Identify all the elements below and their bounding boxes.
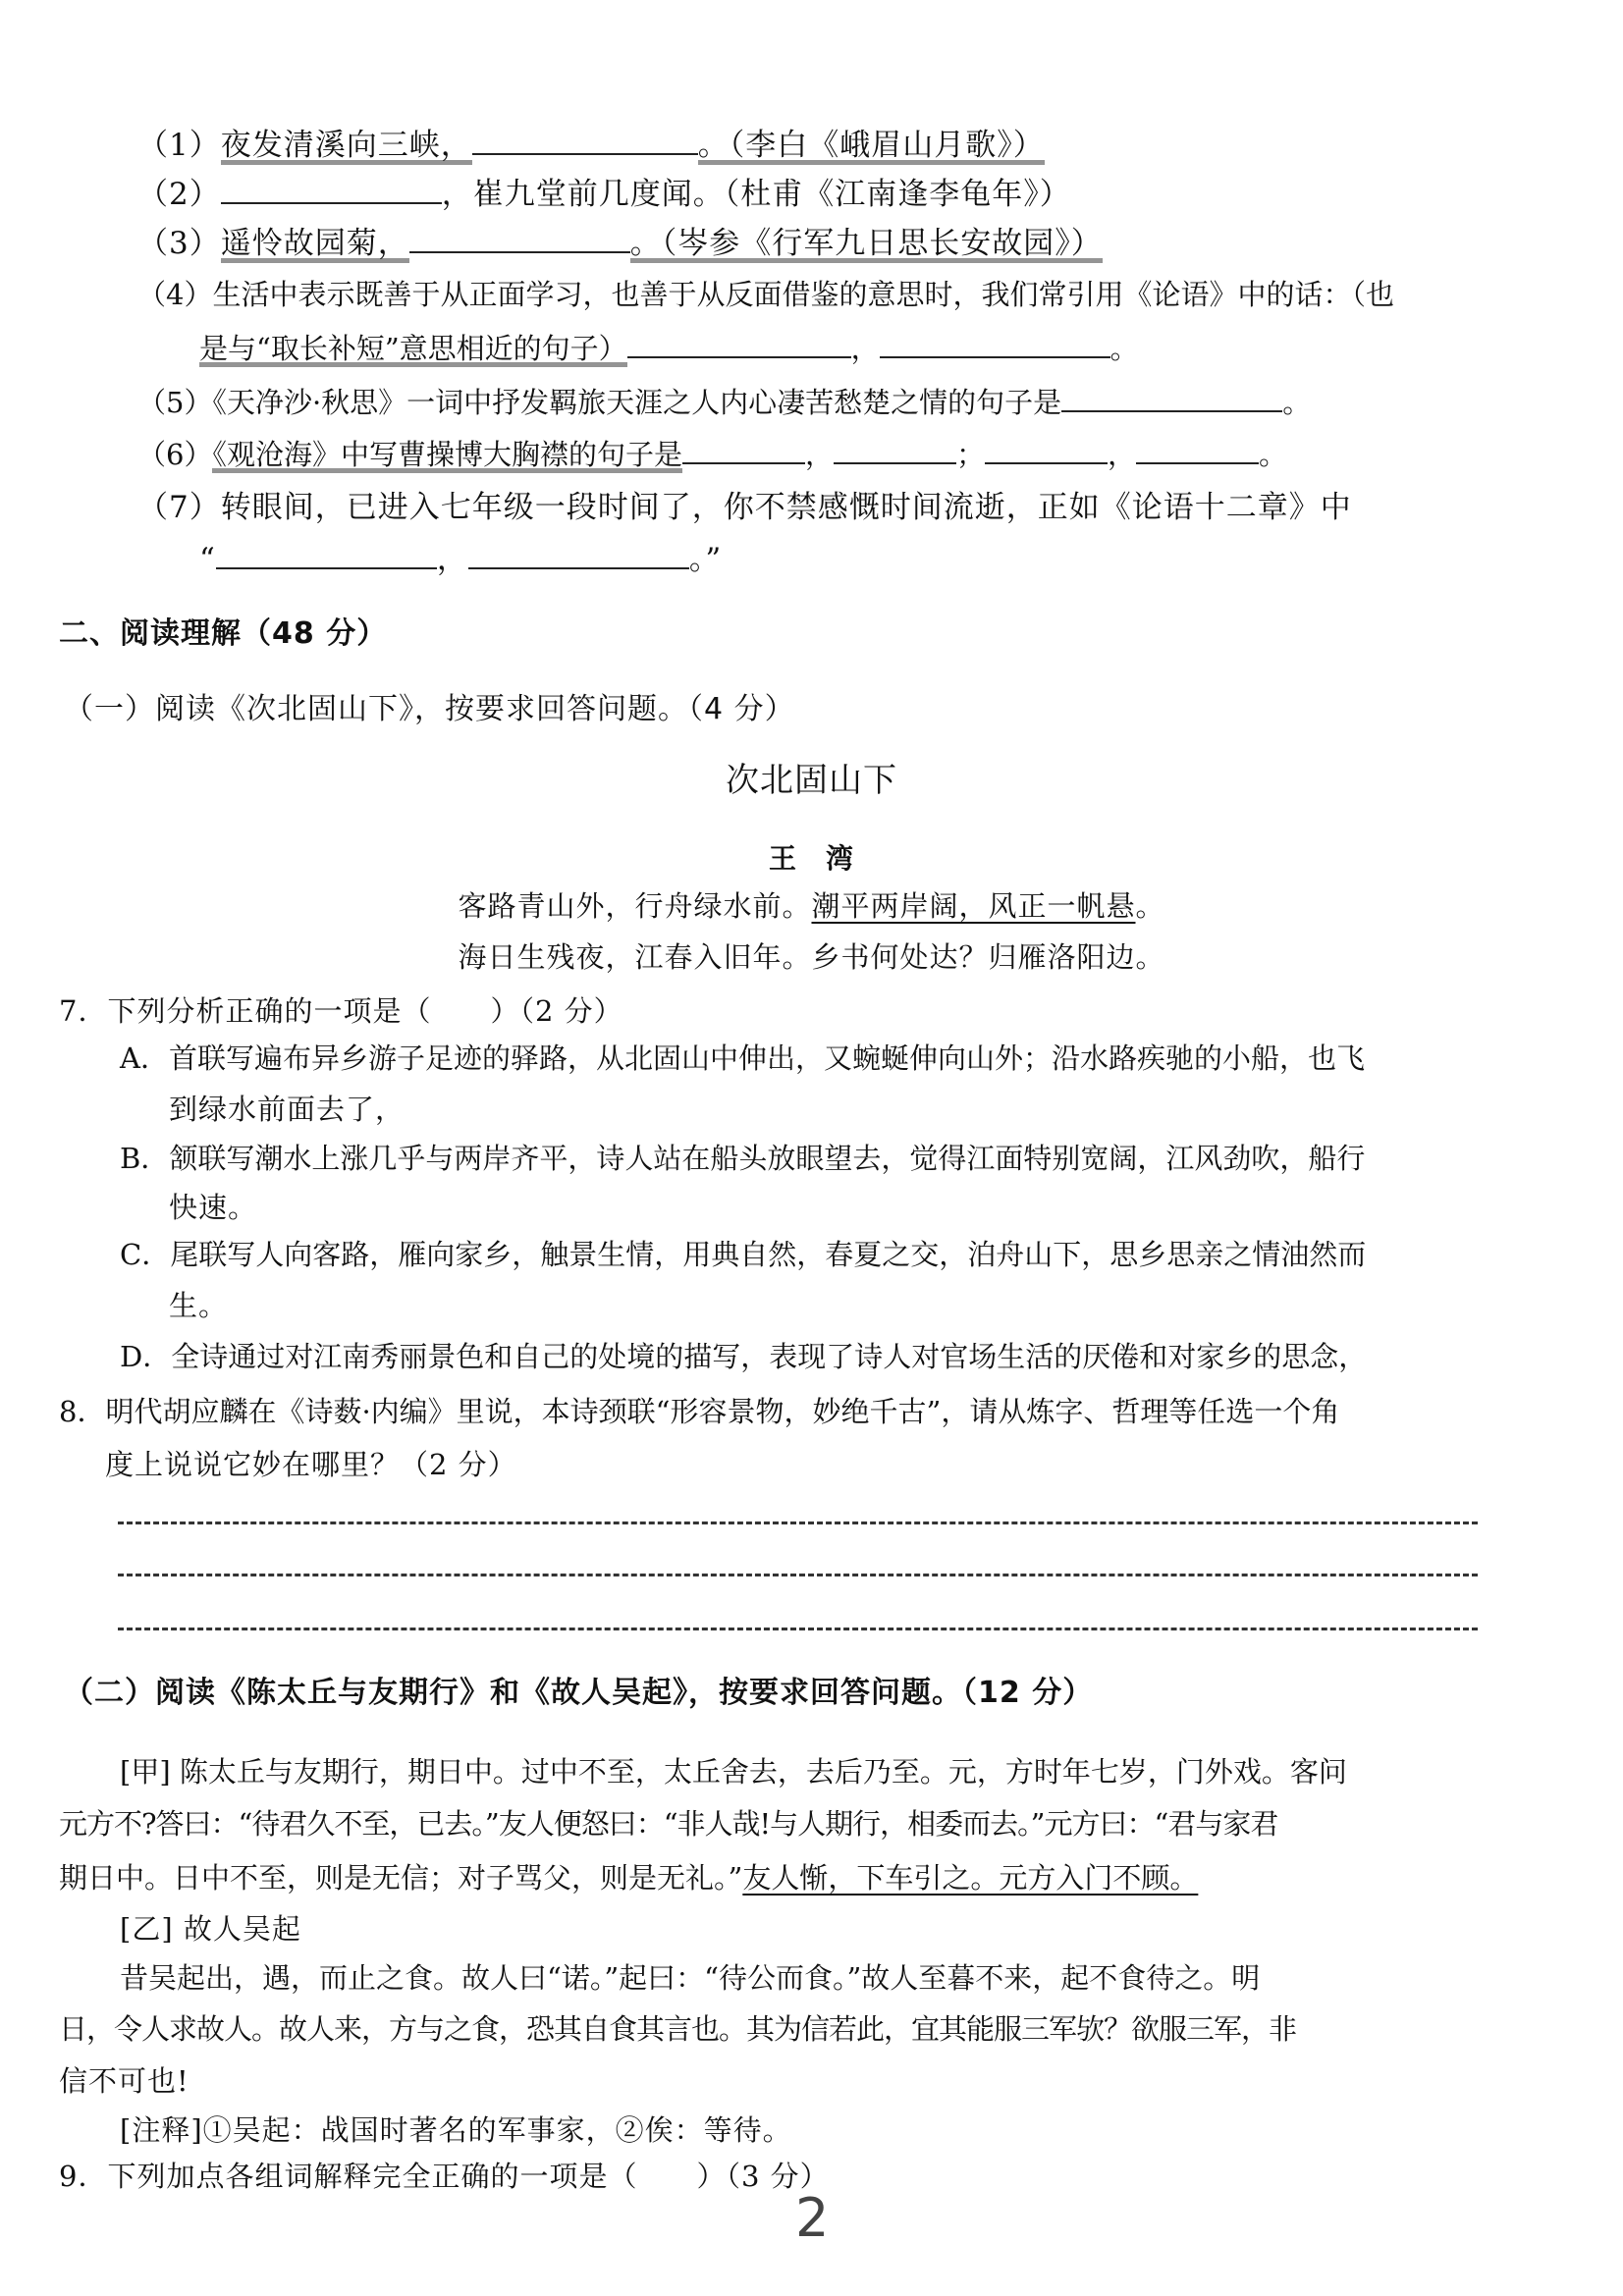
fill-in-q5: （5）《天净沙·秋思》一词中抒发羁旅天涯之人内心凄苦愁楚之情的句子是。 [137, 383, 1311, 422]
passage-jia-line1: [甲] 陈太丘与友期行，期日中。过中不至，太丘舍去，去后乃至。元，方时年七岁，门… [120, 1752, 1347, 1791]
q3-given-text: 遥怜故园菊， [221, 226, 409, 263]
option-b-label: B． [120, 1142, 169, 1175]
section-heading-reading: 二、阅读理解（48 分） [59, 614, 387, 654]
passage-yi-line2: 日，令人求故人。故人来，方与之食，恐其自食其言也。其为信若此，宜其能服三军欤？欲… [59, 2009, 1296, 2049]
q7-option-a-cont: 到绿水前面去了， [169, 1090, 405, 1129]
poem-line-1-end: 。 [1136, 889, 1165, 923]
q6-answer-blank-2[interactable] [834, 435, 956, 464]
q7-option-b[interactable]: B．颔联写潮水上涨几乎与两岸齐平，诗人站在船头放眼望去，觉得江面特别宽阔，江风劲… [120, 1139, 1365, 1178]
q6-answer-blank-3[interactable] [985, 435, 1108, 464]
q7-end: 。” [689, 542, 722, 577]
q4-answer-blank-2[interactable] [880, 329, 1110, 358]
passage-yi-line3: 信不可也! [59, 2061, 189, 2101]
q8-answer-line-1[interactable] [118, 1522, 1478, 1524]
q4-prompt-cont: 是与“取长补短”意思相近的句子） [199, 332, 627, 367]
q1-source: 。（李白《峨眉山月歌》） [698, 128, 1045, 165]
passage-jia-line3: 期日中。日中不至，则是无信；对子骂父，则是无礼。”友人惭，下车引之。元方入门不顾… [59, 1858, 1198, 1897]
q9-stem: 9．下列加点各组词解释完全正确的一项是（ ）（3 分） [59, 2157, 830, 2196]
q7-sep: ， [437, 542, 468, 577]
poem-title: 次北固山下 [0, 761, 1623, 800]
q4-number: （4） [137, 278, 212, 311]
q4-prompt: 生活中表示既善于从正面学习，也善于从反面借鉴的意思时，我们常引用《论语》中的话：… [212, 278, 1394, 311]
fill-in-q7-line1: （7）转眼间，已进入七年级一段时间了，你不禁感慨时间流逝，正如《论语十二章》中 [137, 488, 1352, 527]
passage-note: [注释]①吴起：战国时著名的军事家，②俟：等待。 [120, 2110, 792, 2150]
q7-option-d[interactable]: D．全诗通过对江南秀丽景色和自己的处境的描写，表现了诗人对官场生活的厌倦和对家乡… [120, 1337, 1367, 1376]
poem-line-2: 海日生残夜，江春入旧年。乡书何处达？归雁洛阳边。 [0, 937, 1623, 977]
fill-in-q2: （2），崔九堂前几度闻。（杜甫《江南逢李龟年》） [137, 175, 1071, 214]
q8-answer-line-2[interactable] [118, 1574, 1478, 1576]
passage-jia-underlined: 友人惭，下车引之。元方入门不顾。 [742, 1861, 1198, 1895]
q1-number: （1） [137, 128, 221, 163]
q2-answer-blank[interactable] [221, 175, 442, 204]
q5-answer-blank[interactable] [1061, 383, 1282, 412]
q6-number: （6） [137, 438, 212, 471]
q8-stem-line2: 度上说说它妙在哪里？（2 分） [105, 1445, 517, 1484]
option-d-label: D． [120, 1340, 171, 1373]
q6-sep2: ； [956, 438, 985, 471]
q4-end: 。 [1110, 332, 1139, 365]
q5-number: （5） [137, 386, 212, 419]
q1-given-text: 夜发清溪向三峡， [221, 128, 472, 165]
part1-heading: （一）阅读《次北固山下》，按要求回答问题。（4 分） [64, 690, 795, 729]
q6-end: 。 [1259, 438, 1287, 471]
q3-number: （3） [137, 226, 221, 261]
passage-yi-title: [乙] 故人吴起 [120, 1909, 301, 1949]
fill-in-q6: （6）《观沧海》中写曹操博大胸襟的句子是，；，。 [137, 435, 1287, 474]
q3-source: 。（岑参《行军九日思长安故园》） [630, 226, 1103, 263]
option-d-text: 全诗通过对江南秀丽景色和自己的处境的描写，表现了诗人对官场生活的厌倦和对家乡的思… [171, 1340, 1367, 1373]
option-c-label: C． [120, 1238, 170, 1271]
q6-sep1: ， [805, 438, 834, 471]
fill-in-q3: （3）遥怜故园菊，。（岑参《行军九日思长安故园》） [137, 224, 1103, 263]
poem-line-1-underlined: 潮平两岸阔，风正一帆悬 [811, 889, 1135, 923]
passage-jia-line3-plain: 期日中。日中不至，则是无信；对子骂父，则是无礼。” [59, 1861, 742, 1895]
passage-yi-line1: 昔吴起出，遇，而止之食。故人曰“诺。”起曰：“待公而食。”故人至暮不来，起不食待… [120, 1958, 1260, 1998]
option-a-label: A． [120, 1041, 169, 1075]
part2-heading: （二）阅读《陈太丘与友期行》和《故人吴起》，按要求回答问题。（12 分） [64, 1674, 1093, 1713]
q3-answer-blank[interactable] [409, 224, 630, 253]
q6-answer-blank-4[interactable] [1136, 435, 1259, 464]
q4-sep: ， [851, 332, 880, 365]
option-c-text: 尾联写人向客路，雁向家乡，触景生情，用典自然，春夏之交，泊舟山下，思乡思亲之情油… [170, 1238, 1366, 1271]
q6-prompt: 《观沧海》中写曹操博大胸襟的句子是 [212, 438, 682, 473]
q1-answer-blank[interactable] [472, 126, 698, 155]
q6-sep3: ， [1108, 438, 1136, 471]
q7-option-c-cont: 生。 [169, 1286, 228, 1325]
fill-in-q4-line1: （4）生活中表示既善于从正面学习，也善于从反面借鉴的意思时，我们常引用《论语》中… [137, 275, 1394, 314]
q7-option-a[interactable]: A．首联写遍布异乡游子足迹的驿路，从北固山中伸出，又蜿蜒伸向山外；沿水路疾驰的小… [120, 1039, 1365, 1078]
fill-in-q7-line2: “，。” [199, 540, 722, 579]
q5-prompt: 《天净沙·秋思》一词中抒发羁旅天涯之人内心凄苦愁楚之情的句子是 [212, 386, 1061, 419]
q6-answer-blank-1[interactable] [682, 435, 805, 464]
page-number: 2 [795, 2187, 829, 2249]
q7-answer-blank-1[interactable] [216, 540, 437, 569]
q7-option-b-cont: 快速。 [169, 1188, 257, 1227]
q7-stem: 7．下列分析正确的一项是（ ）（2 分） [59, 991, 623, 1031]
q7-answer-blank-2[interactable] [468, 540, 689, 569]
q7-number: （7） [137, 490, 221, 525]
poem-line-1: 客路青山外，行舟绿水前。潮平两岸阔，风正一帆悬。 [0, 886, 1623, 926]
poem-author: 王 湾 [0, 839, 1623, 879]
option-a-text: 首联写遍布异乡游子足迹的驿路，从北固山中伸出，又蜿蜒伸向山外；沿水路疾驰的小船，… [169, 1041, 1365, 1075]
fill-in-q4-line2: 是与“取长补短”意思相近的句子），。 [199, 329, 1139, 368]
q2-given-text: ，崔九堂前几度闻。（杜甫《江南逢李龟年》） [442, 177, 1071, 212]
poem-line-1-plain: 客路青山外，行舟绿水前。 [458, 889, 811, 923]
q7-open-quote: “ [199, 542, 216, 577]
q8-answer-line-3[interactable] [118, 1628, 1478, 1630]
passage-jia-line2: 元方不?答曰：“待君久不至，已去。”友人便怒曰：“非人哉!与人期行，相委而去。”… [59, 1804, 1277, 1843]
q5-end: 。 [1282, 386, 1311, 419]
fill-in-q1: （1）夜发清溪向三峡，。（李白《峨眉山月歌》） [137, 126, 1045, 165]
q8-stem-line1: 8．明代胡应麟在《诗薮·内编》里说，本诗颈联“形容景物，妙绝千古”，请从炼字、哲… [59, 1392, 1339, 1431]
q4-answer-blank-1[interactable] [627, 329, 851, 358]
q7-option-c[interactable]: C．尾联写人向客路，雁向家乡，触景生情，用典自然，春夏之交，泊舟山下，思乡思亲之… [120, 1235, 1366, 1274]
option-b-text: 颔联写潮水上涨几乎与两岸齐平，诗人站在船头放眼望去，觉得江面特别宽阔，江风劲吹，… [169, 1142, 1365, 1175]
q7-prompt: 转眼间，已进入七年级一段时间了，你不禁感慨时间流逝，正如《论语十二章》中 [221, 490, 1352, 525]
q2-number: （2） [137, 177, 221, 212]
